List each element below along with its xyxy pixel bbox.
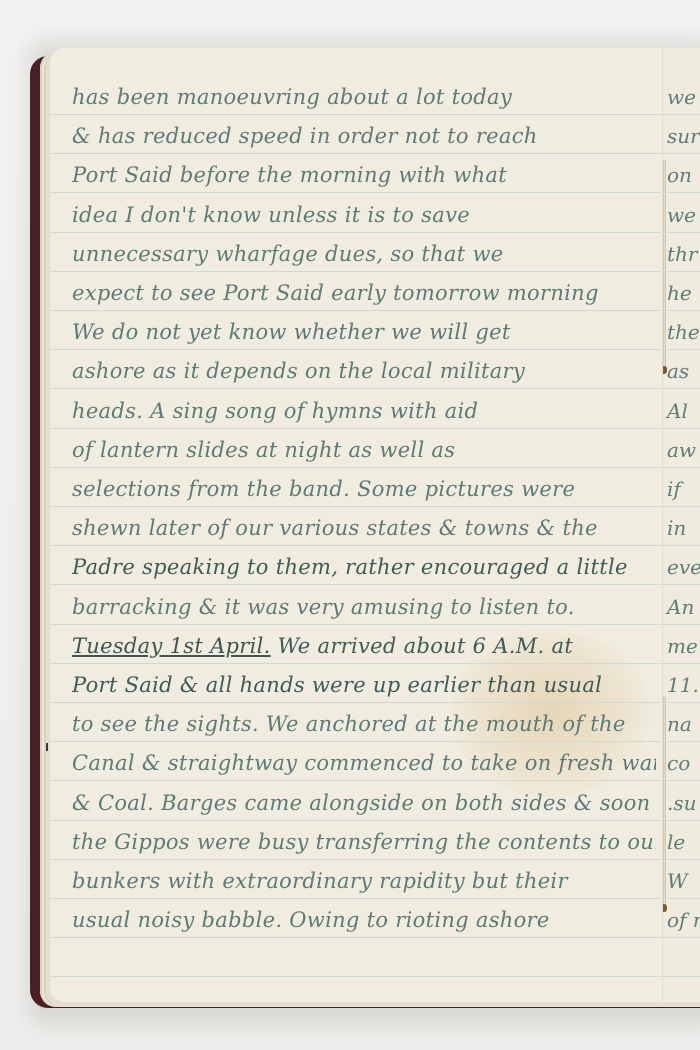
handwritten-line: unnecessary wharfage dues, so that we bbox=[72, 239, 656, 269]
ruled-line bbox=[50, 702, 662, 703]
ruled-line bbox=[50, 388, 662, 389]
ruled-line bbox=[50, 271, 662, 272]
ruled-line bbox=[50, 780, 662, 781]
ruled-line bbox=[663, 310, 700, 311]
ruled-line bbox=[663, 271, 700, 272]
ruled-line bbox=[663, 741, 700, 742]
right-page-fragment: co bbox=[667, 748, 690, 778]
ruled-line bbox=[663, 467, 700, 468]
ruled-line bbox=[663, 506, 700, 507]
right-page-fragment: 11. bbox=[667, 670, 699, 700]
right-page-fragment: thr bbox=[667, 239, 697, 269]
right-page-fragment: An bbox=[667, 592, 694, 622]
ruled-line bbox=[50, 859, 662, 860]
ruled-line bbox=[663, 232, 700, 233]
handwritten-line: bunkers with extraordinary rapidity but … bbox=[72, 866, 656, 896]
handwritten-line: Canal & straightway commenced to take on… bbox=[72, 748, 656, 778]
right-page-fragment: .su bbox=[667, 788, 697, 818]
ruled-line bbox=[663, 428, 700, 429]
right-page-fragment: as bbox=[667, 356, 689, 386]
right-page-fragment: we bbox=[667, 200, 696, 230]
ruled-line bbox=[50, 976, 662, 977]
ruled-line bbox=[663, 820, 700, 821]
right-page-fragment: na bbox=[667, 709, 692, 739]
handwritten-line: We do not yet know whether we will get bbox=[72, 317, 656, 347]
ruled-line bbox=[50, 937, 662, 938]
ruled-line bbox=[50, 349, 662, 350]
right-page-fragment: we bbox=[667, 82, 696, 112]
ruled-line bbox=[50, 741, 662, 742]
ruled-line bbox=[50, 624, 662, 625]
handwritten-line: expect to see Port Said early tomorrow m… bbox=[72, 278, 656, 308]
handwritten-line: Padre speaking to them, rather encourage… bbox=[72, 552, 656, 582]
ruled-line bbox=[663, 349, 700, 350]
date-heading: Tuesday 1st April. bbox=[72, 634, 271, 658]
handwritten-line: has been manoeuvring about a lot today bbox=[72, 82, 656, 112]
right-page-fragment: W bbox=[667, 866, 688, 896]
right-page-fragment: the bbox=[667, 317, 700, 347]
ruled-line bbox=[50, 506, 662, 507]
ruled-line bbox=[663, 937, 700, 938]
ruled-line bbox=[50, 153, 662, 154]
handwritten-line: the Gippos were busy transferring the co… bbox=[72, 827, 656, 857]
right-page-fragment: le bbox=[667, 827, 685, 857]
right-page-fragment: of n bbox=[667, 905, 700, 935]
ruled-line bbox=[50, 663, 662, 664]
handwritten-line: selections from the band. Some pictures … bbox=[72, 474, 656, 504]
right-page-fragment: Al bbox=[667, 396, 688, 426]
ruled-line bbox=[50, 545, 662, 546]
ruled-line bbox=[663, 780, 700, 781]
margin-mark bbox=[46, 743, 48, 751]
right-page-fragment: me bbox=[667, 631, 698, 661]
ruled-line bbox=[50, 467, 662, 468]
scene-background: has been manoeuvring about a lot today& … bbox=[0, 0, 700, 1050]
right-page-fragment: in bbox=[667, 513, 686, 543]
ruled-line bbox=[663, 388, 700, 389]
right-page-fragment: he bbox=[667, 278, 692, 308]
ruled-line bbox=[50, 114, 662, 115]
ruled-line bbox=[50, 820, 662, 821]
ruled-line bbox=[50, 428, 662, 429]
ruled-line bbox=[663, 153, 700, 154]
right-diary-page-edge: wesuronwethrhetheasAlawifineveAnme11.nac… bbox=[662, 48, 700, 1002]
handwritten-line: Port Said before the morning with what bbox=[72, 160, 656, 190]
ruled-line bbox=[50, 232, 662, 233]
ruled-line bbox=[663, 898, 700, 899]
ruled-line bbox=[50, 584, 662, 585]
right-page-fragment: on bbox=[667, 160, 692, 190]
handwritten-line: ashore as it depends on the local milita… bbox=[72, 356, 656, 386]
right-page-fragment: sur bbox=[667, 121, 700, 151]
binding-stitch-bottom bbox=[663, 696, 666, 908]
handwritten-line: & has reduced speed in order not to reac… bbox=[72, 121, 656, 151]
right-page-fragment: if bbox=[667, 474, 681, 504]
handwritten-line: heads. A sing song of hymns with aid bbox=[72, 396, 656, 426]
handwritten-line: Tuesday 1st April. We arrived about 6 A.… bbox=[72, 631, 656, 661]
ruled-line bbox=[50, 898, 662, 899]
ruled-line bbox=[663, 624, 700, 625]
handwritten-line: of lantern slides at night as well as bbox=[72, 435, 656, 465]
ruled-line bbox=[663, 976, 700, 977]
right-page-fragment: eve bbox=[667, 552, 700, 582]
handwritten-line: usual noisy babble. Owing to rioting ash… bbox=[72, 905, 656, 935]
ruled-line bbox=[663, 192, 700, 193]
ruled-line bbox=[663, 114, 700, 115]
handwritten-line: barracking & it was very amusing to list… bbox=[72, 592, 656, 622]
ruled-line bbox=[663, 584, 700, 585]
ruled-line bbox=[663, 663, 700, 664]
ruled-line bbox=[50, 310, 662, 311]
handwritten-line: & Coal. Barges came alongside on both si… bbox=[72, 788, 656, 818]
handwritten-line: idea I don't know unless it is to save bbox=[72, 200, 656, 230]
handwritten-line: shewn later of our various states & town… bbox=[72, 513, 656, 543]
right-page-fragment: aw bbox=[667, 435, 696, 465]
handwritten-line: to see the sights. We anchored at the mo… bbox=[72, 709, 656, 739]
ruled-line bbox=[663, 702, 700, 703]
handwritten-line: Port Said & all hands were up earlier th… bbox=[72, 670, 656, 700]
left-diary-page: has been manoeuvring about a lot today& … bbox=[50, 48, 662, 1002]
ruled-line bbox=[50, 192, 662, 193]
ruled-line bbox=[663, 859, 700, 860]
ruled-line bbox=[663, 545, 700, 546]
